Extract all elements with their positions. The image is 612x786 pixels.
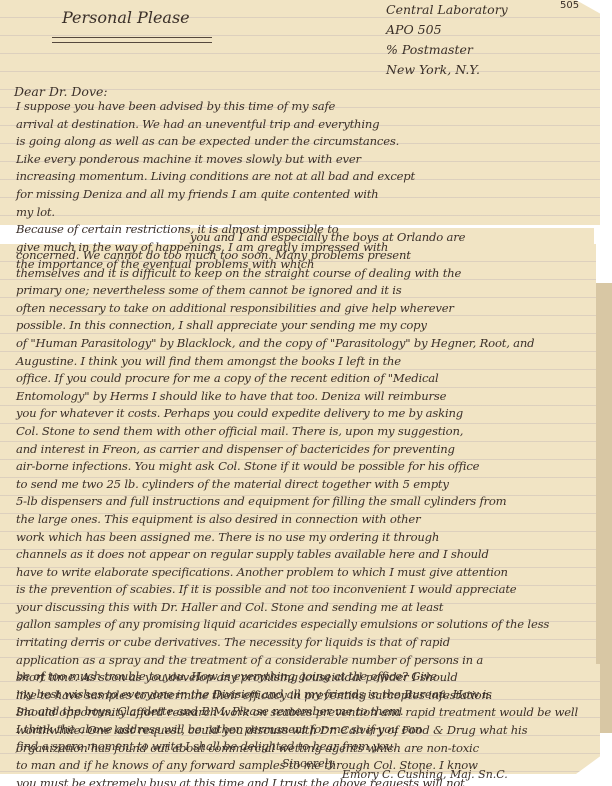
page-number: 505 — [560, 0, 579, 11]
letter-line: Entomology" by Herms I should like to ha… — [16, 388, 578, 406]
letter-line: possible. In this connection, I shall ap… — [16, 317, 578, 335]
letter-line: to send me two 25 lb. cylinders of the m… — [16, 476, 578, 494]
letter-line: my lot. — [16, 204, 415, 222]
letter-line: Like every ponderous machine it moves sl… — [16, 151, 415, 169]
address-line: % Postmaster — [386, 40, 508, 60]
return-address: Central Laboratory APO 505 % Postmaster … — [386, 0, 508, 80]
letter-line: increasing momentum. Living conditions a… — [16, 168, 415, 186]
letter-line: I think the above address will be rather… — [16, 721, 492, 739]
letter-line: application as a spray and the treatment… — [16, 652, 578, 670]
letter-line: my best wishes to everyone in the Divisi… — [16, 686, 492, 704]
letter-line: have to write elaborate specifications. … — [16, 564, 578, 582]
letter-line: arrival at destination. We had an uneven… — [16, 116, 415, 134]
letter-line: primary one; nevertheless some of them c… — [16, 282, 578, 300]
letter-line: themselves and it is difficult to keep o… — [16, 265, 578, 283]
letter-line: I suppose you have been advised by this … — [16, 98, 415, 116]
letter-line: gallon samples of any promising liquid a… — [16, 616, 578, 634]
letter-line: is going along as well as can be expecte… — [16, 133, 415, 151]
closing: Sincerely — [282, 757, 334, 770]
address-line: Central Laboratory — [386, 0, 508, 20]
greeting: Dear Dr. Dove: — [14, 84, 108, 99]
letter-line: often necessary to take on additional re… — [16, 300, 578, 318]
letter-line: for missing Deniza and all my friends I … — [16, 186, 415, 204]
signature: Emory C. Cushing, Maj. Sn.C. — [342, 768, 508, 781]
letter-line: and interest in Freon, as carrier and di… — [16, 441, 578, 459]
letter-line: Ina and the boys, Claudette and B.M. Ple… — [16, 703, 492, 721]
letter-line: concerned. We cannot do too much too soo… — [16, 247, 578, 265]
address-line: New York, N.Y. — [386, 60, 508, 80]
heading-underline — [52, 37, 212, 43]
letter-body-fragment: you and I and especially the boys at Orl… — [190, 229, 465, 247]
letter-line: irritating derris or cube derivatives. T… — [16, 634, 578, 652]
letter-line: be of too much trouble to you. How is ev… — [16, 668, 492, 686]
letter-line: Col. Stone to send them with other offic… — [16, 423, 578, 441]
letter-body-part-3: be of too much trouble to you. How is ev… — [16, 668, 492, 756]
letter-line: your discussing this with Dr. Haller and… — [16, 599, 578, 617]
letter-line: of "Human Parasitology" by Blacklock, an… — [16, 335, 578, 353]
letter-line: the large ones. This equipment is also d… — [16, 511, 578, 529]
letter-line: office. If you could procure for me a co… — [16, 370, 578, 388]
letter-line: is the prevention of scabies. If it is p… — [16, 581, 578, 599]
letter-line: air-borne infections. You might ask Col.… — [16, 458, 578, 476]
letter-line: channels as it does not appear on regula… — [16, 546, 578, 564]
letter-line: find a spare moment to write I shall be … — [16, 738, 492, 756]
letter-line: Augustine. I think you will find them am… — [16, 353, 578, 371]
letter-line: work which has been assigned me. There i… — [16, 529, 578, 547]
letter-line: 5-lb dispensers and full instructions an… — [16, 493, 578, 511]
letter-line: you for whatever it costs. Perhaps you c… — [16, 405, 578, 423]
letter-heading: Personal Please — [62, 8, 190, 27]
address-line: APO 505 — [386, 20, 508, 40]
